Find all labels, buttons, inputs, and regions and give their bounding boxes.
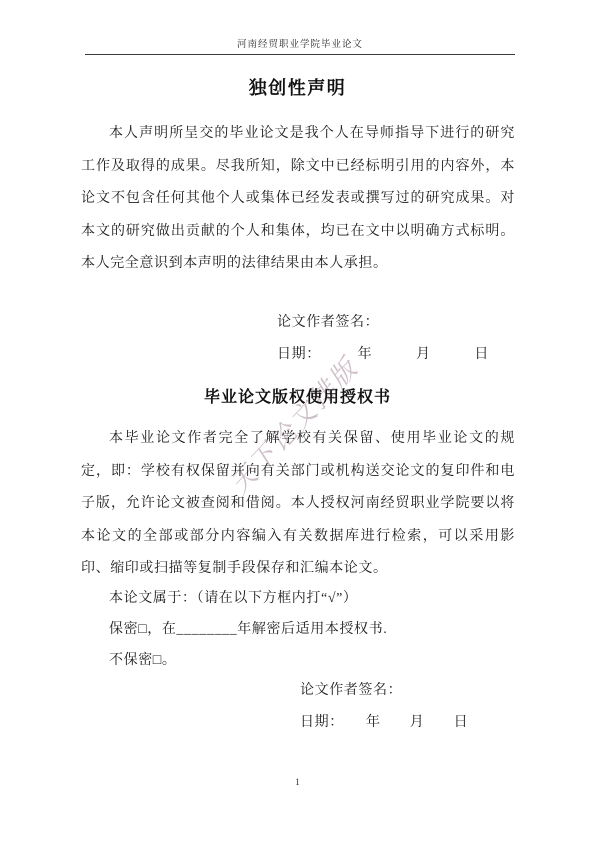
- document-page: 天下论文排版 河南经贸职业学院毕业论文 独创性声明 本人声明所呈交的毕业论文是我…: [0, 0, 595, 842]
- page-number: 1: [0, 778, 595, 788]
- page-header-running-title: 河南经贸职业学院毕业论文: [85, 36, 515, 55]
- declaration-date-line: 日期： 年 月 日: [277, 343, 489, 363]
- declaration-signature-label: 论文作者签名：: [277, 311, 379, 331]
- thesis-belongs-line: 本论文属于：（请在以下方框内打“√”）: [81, 587, 515, 607]
- authorization-signature-label: 论文作者签名：: [300, 679, 402, 699]
- authorization-date-line: 日期： 年 月 日: [300, 711, 468, 731]
- authorization-paragraph: 本毕业论文作者完全了解学校有关保留、使用毕业论文的规定，即：学校有权保留并向有关…: [81, 423, 515, 586]
- authorization-title: 毕业论文版权使用授权书: [0, 384, 595, 407]
- declaration-paragraph: 本人声明所呈交的毕业论文是我个人在导师指导下进行的研究工作及取得的成果。尽我所知…: [81, 118, 515, 281]
- not-secret-checkbox-line: 不保密□。: [81, 649, 515, 669]
- secret-checkbox-line: 保密□，在________年解密后适用本授权书.: [81, 618, 515, 638]
- declaration-title: 独创性声明: [0, 74, 595, 100]
